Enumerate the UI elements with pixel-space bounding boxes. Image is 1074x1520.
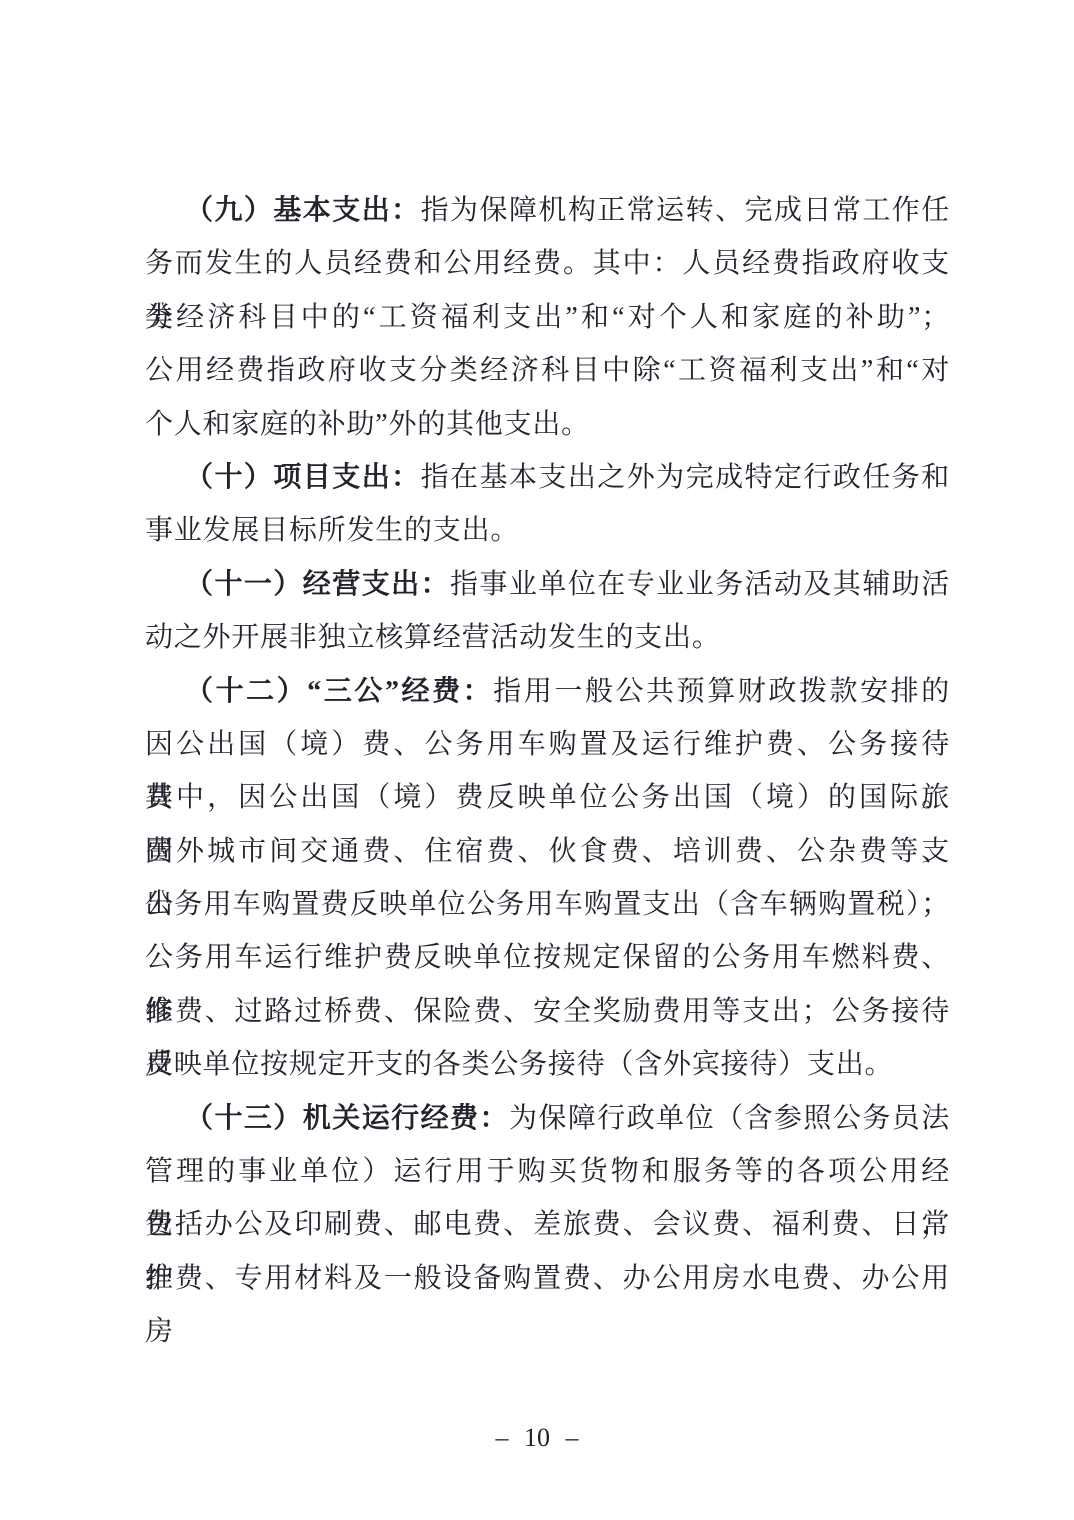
paragraph-line: （十）项目支出：指在基本支出之外为完成特定行政任务和	[145, 451, 950, 504]
page-number: – 10 –	[496, 1423, 579, 1452]
paragraph-line: 因公出国（境）费、公务用车购置及运行维护费、公务接待费。	[145, 718, 950, 771]
paragraph-line: 务而发生的人员经费和公用经费。其中：人员经费指政府收支分	[145, 237, 950, 290]
document-page: （九）基本支出：指为保障机构正常运转、完成日常工作任 务而发生的人员经费和公用经…	[0, 0, 1074, 1520]
paragraph-line: 公务用车运行维护费反映单位按规定保留的公务用车燃料费、维	[145, 931, 950, 984]
line-text: 个人和家庭的补助”外的其他支出。	[145, 409, 590, 440]
term-agency-operating-funds: （十三）机关运行经费：	[185, 1103, 509, 1134]
paragraph-line: 事业发展目标所发生的支出。	[145, 504, 950, 557]
paragraph-line: （九）基本支出：指为保障机构正常运转、完成日常工作任	[145, 184, 950, 237]
term-three-public-funds: （十二）“三公”经费：	[185, 676, 493, 707]
paragraph-line: 包括办公及印刷费、邮电费、差旅费、会议费、福利费、日常维	[145, 1198, 950, 1251]
line-text: 公务用车购置费反映单位公务用车购置支出（含车辆购置税）；	[145, 889, 950, 920]
term-project-expenditure: （十）项目支出：	[185, 462, 421, 493]
paragraph-line: 个人和家庭的补助”外的其他支出。	[145, 398, 950, 451]
line-text: 类经济科目中的“工资福利支出”和“对个人和家庭的补助”；	[145, 302, 950, 333]
line-text: 指在基本支出之外为完成特定行政任务和	[421, 462, 950, 493]
paragraph-line: 护费、专用材料及一般设备购置费、办公用房水电费、办公用房	[145, 1252, 950, 1305]
term-basic-expenditure: （九）基本支出：	[185, 195, 421, 226]
paragraph-line: 类经济科目中的“工资福利支出”和“对个人和家庭的补助”；	[145, 291, 950, 344]
line-text: 事业发展目标所发生的支出。	[145, 515, 519, 546]
paragraph-line: 修费、过路过桥费、保险费、安全奖励费用等支出；公务接待费	[145, 985, 950, 1038]
line-text: 护费、专用材料及一般设备购置费、办公用房水电费、办公用房	[145, 1263, 950, 1347]
line-text: 指事业单位在专业业务活动及其辅助活	[450, 569, 950, 600]
line-text: 公用经费指政府收支分类经济科目中除“工资福利支出”和“对	[145, 355, 950, 386]
paragraph-line: 公务用车购置费反映单位公务用车购置支出（含车辆购置税）；	[145, 878, 950, 931]
term-operating-expenditure: （十一）经营支出：	[185, 569, 450, 600]
document-body: （九）基本支出：指为保障机构正常运转、完成日常工作任 务而发生的人员经费和公用经…	[145, 184, 950, 1305]
line-text: 反映单位按规定开支的各类公务接待（含外宾接待）支出。	[145, 1049, 893, 1080]
line-text: 指为保障机构正常运转、完成日常工作任	[421, 195, 950, 226]
paragraph-line: （十一）经营支出：指事业单位在专业业务活动及其辅助活	[145, 558, 950, 611]
paragraph-line: 反映单位按规定开支的各类公务接待（含外宾接待）支出。	[145, 1038, 950, 1091]
paragraph-line: 动之外开展非独立核算经营活动发生的支出。	[145, 611, 950, 664]
paragraph-line: 公用经费指政府收支分类经济科目中除“工资福利支出”和“对	[145, 344, 950, 397]
paragraph-line: 管理的事业单位）运行用于购买货物和服务等的各项公用经费，	[145, 1145, 950, 1198]
line-text: 指用一般公共预算财政拨款安排的	[493, 676, 950, 707]
paragraph-line: （十二）“三公”经费：指用一般公共预算财政拨款安排的	[145, 665, 950, 718]
page-footer: – 10 –	[0, 1418, 1074, 1458]
line-text: 动之外开展非独立核算经营活动发生的支出。	[145, 622, 721, 653]
line-text: 为保障行政单位（含参照公务员法	[509, 1103, 950, 1134]
paragraph-line: 其中，因公出国（境）费反映单位公务出国（境）的国际旅费、	[145, 771, 950, 824]
paragraph-line: 国外城市间交通费、住宿费、伙食费、培训费、公杂费等支出；	[145, 825, 950, 878]
paragraph-line: （十三）机关运行经费：为保障行政单位（含参照公务员法	[145, 1092, 950, 1145]
